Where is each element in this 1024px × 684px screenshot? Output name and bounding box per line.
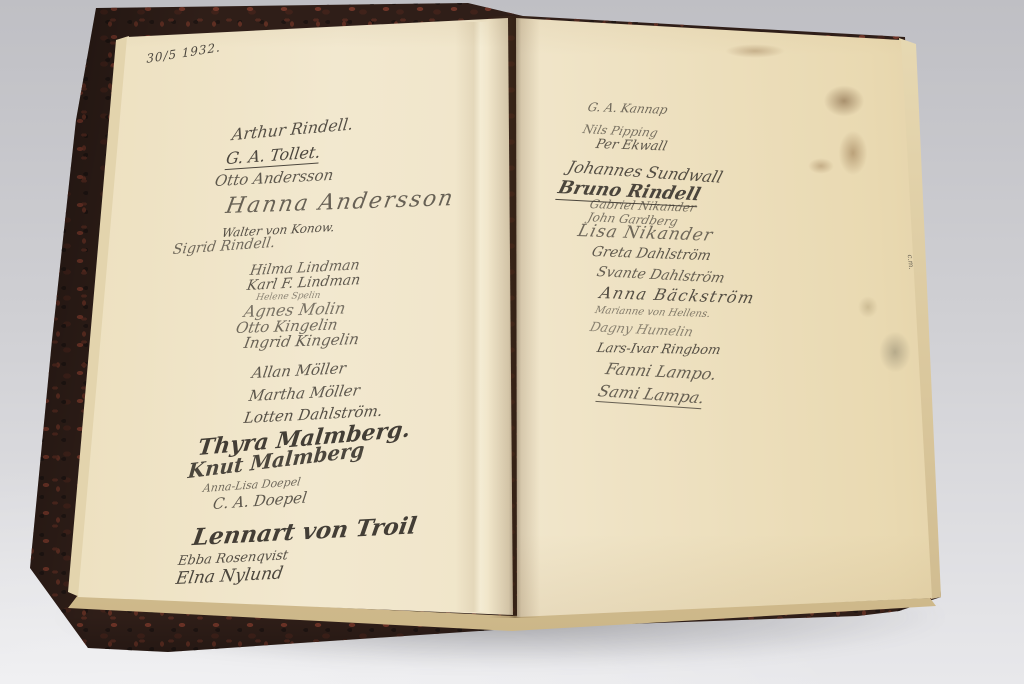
photo-scene: 30/5 1932. Arthur Rindell.G. A. Tollet.O… (0, 0, 1024, 684)
signature: Dagny Humelin (588, 321, 694, 339)
signature: Lars-Ivar Ringbom (596, 342, 722, 357)
signature: Lisa Nikander (576, 223, 715, 245)
bleed-through-mark: c.m. (906, 254, 916, 270)
signature: Sami Lampa. (595, 383, 706, 409)
signature: Fanni Lampo. (604, 361, 718, 383)
signature: Per Ekwall (594, 138, 668, 153)
signature: Marianne von Hellens. (594, 306, 712, 320)
signature: Greta Dahlström (590, 245, 712, 263)
signature: Svante Dahlström (595, 265, 726, 285)
signature: Nils Pipping (581, 123, 659, 139)
signature: G. A. Kannap (587, 101, 669, 116)
right-page-signatures: G. A. KannapNils PippingPer EkwallJohann… (0, 0, 1024, 684)
signature: Anna Bäckström (598, 285, 757, 306)
